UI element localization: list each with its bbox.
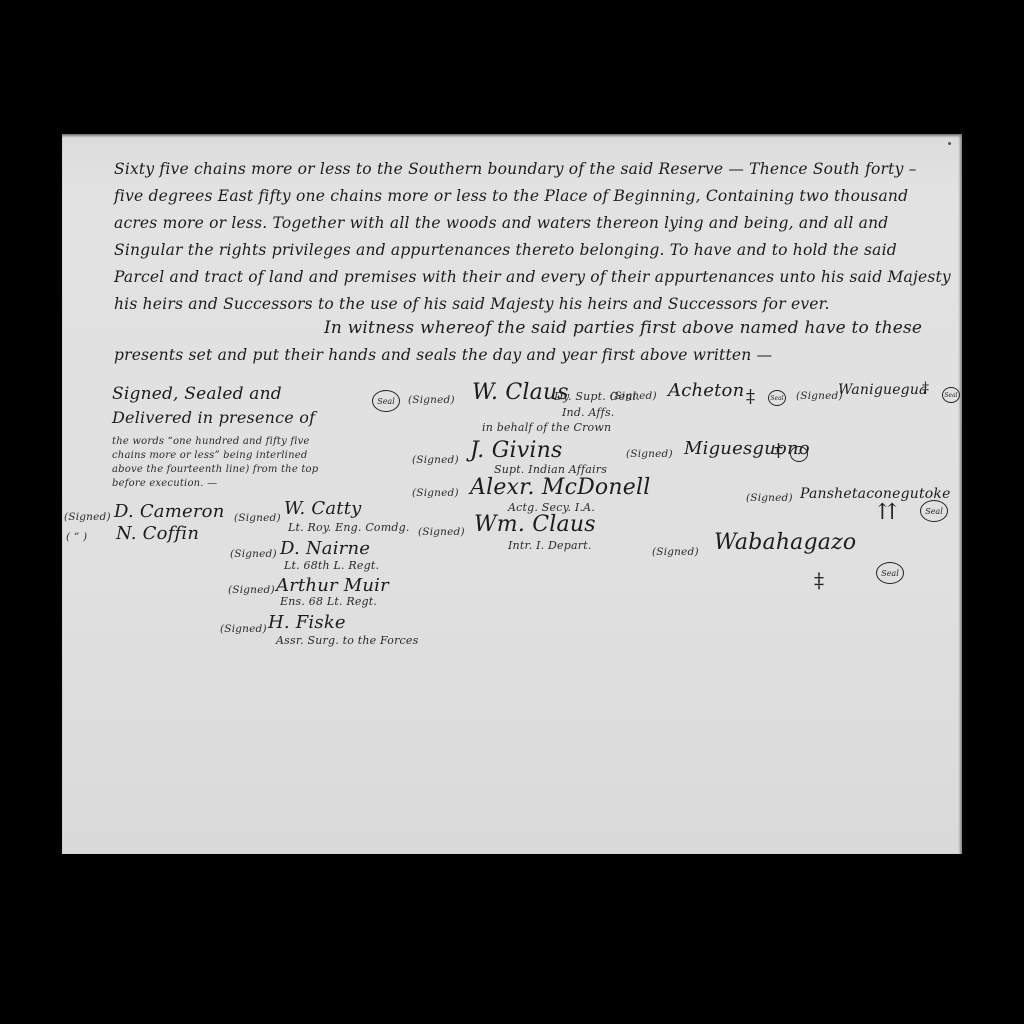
witness-title: Lt. Roy. Eng. Comdg. <box>288 521 410 534</box>
signed-label: (Signed) <box>626 448 673 460</box>
witness-title: Assr. Surg. to the Forces <box>276 634 418 647</box>
ink-speck <box>948 142 951 145</box>
body-line-8: presents set and put their hands and sea… <box>114 346 772 364</box>
seal-icon: Seal <box>876 562 904 584</box>
seal-icon: Seal <box>942 387 960 403</box>
official-name: Alexr. McDonell <box>470 475 650 500</box>
signed-label: (Signed) <box>610 390 657 402</box>
chief-name: Acheton <box>668 380 744 401</box>
totem-mark-icon: ‡ <box>746 386 755 407</box>
chief-name: Wabahagazo <box>714 530 856 555</box>
body-line-6: his heirs and Successors to the use of h… <box>114 295 830 313</box>
body-line-5: Parcel and tract of land and premises wi… <box>114 268 951 286</box>
signed-label: ( ” ) <box>66 531 87 543</box>
official-name: Wm. Claus <box>474 512 596 537</box>
chief-name: Panshetaconegutoke <box>800 486 951 502</box>
totem-mark-icon: ‡ <box>814 568 824 592</box>
seal-icon: • <box>790 446 808 462</box>
signed-label: (Signed) <box>230 548 277 560</box>
body-line-1: Sixty five chains more or less to the So… <box>114 160 917 178</box>
totem-mark-icon: ‡ <box>922 380 929 396</box>
signed-label: (Signed) <box>796 390 843 402</box>
signed-label: (Signed) <box>412 487 459 499</box>
totem-mark-icon: ⇈ <box>878 500 896 525</box>
signed-label: (Signed) <box>418 526 465 538</box>
body-line-witness: In witness whereof the said parties firs… <box>324 318 922 338</box>
witness-note-1: the words “one hundred and fifty five <box>112 436 310 447</box>
signed-label: (Signed) <box>64 511 111 523</box>
official-title: in behalf of the Crown <box>482 421 611 434</box>
witness-heading-1: Signed, Sealed and <box>112 384 282 404</box>
seal-icon: Seal <box>372 390 400 412</box>
totem-mark-icon: ‡ <box>774 440 783 461</box>
witness-name: Arthur Muir <box>276 575 389 596</box>
witness-heading-2: Delivered in presence of <box>112 408 315 427</box>
seal-icon: Seal <box>920 500 948 522</box>
signed-label: (Signed) <box>228 584 275 596</box>
document-page: Sixty five chains more or less to the So… <box>62 134 962 854</box>
witness-name: D. Nairne <box>280 538 370 559</box>
official-title: Intr. I. Depart. <box>508 539 592 552</box>
witness-title: Ens. 68 Lt. Regt. <box>280 595 377 608</box>
witness-note-4: before execution. — <box>112 478 217 489</box>
witness-title: Lt. 68th L. Regt. <box>284 559 379 572</box>
signed-label: (Signed) <box>652 546 699 558</box>
seal-icon: Seal <box>768 390 786 406</box>
official-title: Ind. Affs. <box>562 406 615 419</box>
witness-name: H. Fiske <box>268 612 346 633</box>
witness-note-2: chains more or less” being interlined <box>112 450 307 461</box>
signed-label: (Signed) <box>408 394 455 406</box>
signed-label: (Signed) <box>412 454 459 466</box>
signed-label: (Signed) <box>746 492 793 504</box>
witness-name: D. Cameron <box>114 501 225 522</box>
signed-label: (Signed) <box>220 623 267 635</box>
body-line-2: five degrees East fifty one chains more … <box>114 187 908 205</box>
witness-note-3: above the fourteenth line) from the top <box>112 464 318 475</box>
official-name: J. Givins <box>470 438 562 463</box>
body-line-3: acres more or less. Together with all th… <box>114 214 888 232</box>
signed-label: (Signed) <box>234 512 281 524</box>
witness-name: N. Coffin <box>116 523 199 544</box>
body-line-4: Singular the rights privileges and appur… <box>114 241 897 259</box>
witness-name: W. Catty <box>284 498 362 519</box>
chief-name: Waniguegua <box>838 382 928 398</box>
